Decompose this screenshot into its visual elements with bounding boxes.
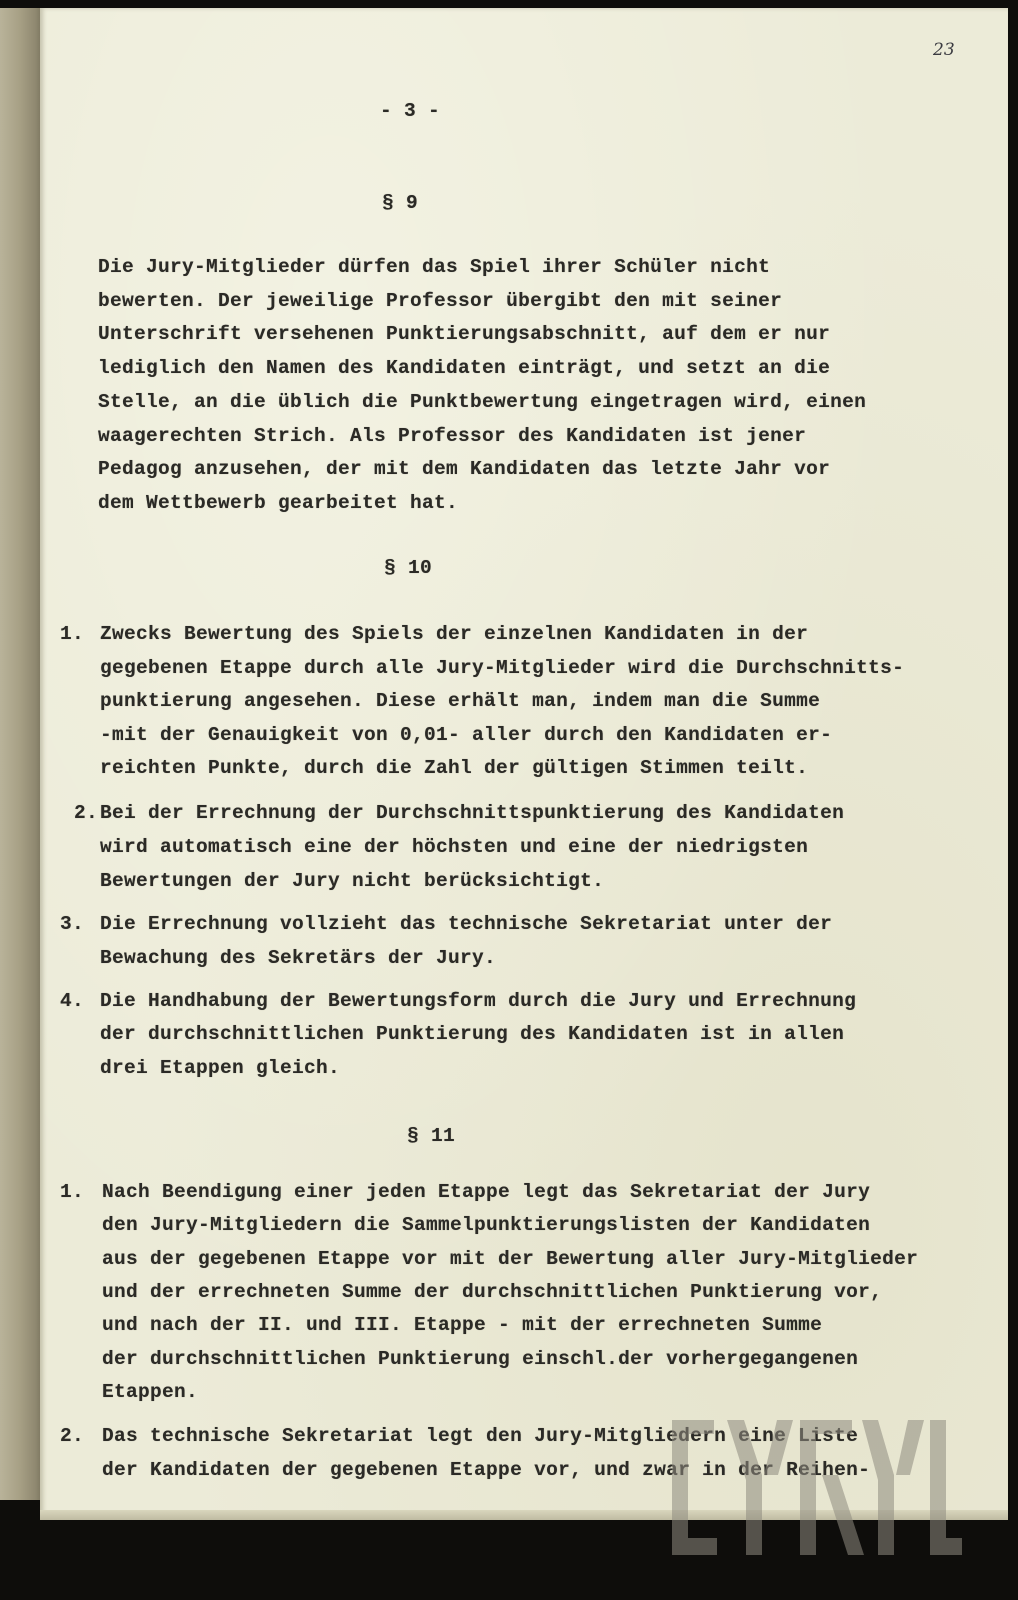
item-number: 4. [60, 990, 84, 1012]
text-line: und nach der II. und III. Etappe - mit d… [102, 1314, 822, 1336]
text-line: Die Handhabung der Bewertungsform durch … [100, 990, 856, 1012]
text-line: Etappen. [102, 1381, 198, 1403]
item-number: 1. [60, 623, 84, 645]
text-line: punktierung angesehen. Diese erhält man,… [100, 690, 820, 712]
text-line: Nach Beendigung einer jeden Etappe legt … [102, 1181, 870, 1203]
text-line: Unterschrift versehenen Punktierungsabsc… [98, 323, 830, 345]
text-line: Pedagog anzusehen, der mit dem Kandidate… [98, 458, 830, 480]
cyryl-watermark-logo [672, 1420, 962, 1555]
text-line: Stelle, an die üblich die Punktbewertung… [98, 391, 866, 413]
text-line: Bewertungen der Jury nicht berücksichtig… [100, 870, 604, 892]
text-line: -mit der Genauigkeit von 0,01- aller dur… [100, 724, 832, 746]
text-line: drei Etappen gleich. [100, 1057, 340, 1079]
page-marker: - 3 - [380, 100, 440, 122]
text-line: dem Wettbewerb gearbeitet hat. [98, 492, 458, 514]
section-heading-9: § 9 [382, 192, 418, 214]
item-number: 3. [60, 913, 84, 935]
text-line: Zwecks Bewertung des Spiels der einzelne… [100, 623, 808, 645]
text-line: bewerten. Der jeweilige Professor übergi… [98, 290, 782, 312]
text-line: lediglich den Namen des Kandidaten eintr… [98, 357, 830, 379]
item-number: 1. [60, 1181, 84, 1203]
text-line: waagerechten Strich. Als Professor des K… [98, 425, 806, 447]
section-heading-11: § 11 [407, 1125, 455, 1147]
text-line: Bei der Errechnung der Durchschnittspunk… [100, 802, 844, 824]
item-number: 2. [60, 1425, 84, 1447]
text-line: aus der gegebenen Etappe vor mit der Bew… [102, 1248, 918, 1270]
text-line: Bewachung des Sekretärs der Jury. [100, 947, 496, 969]
binding-spine [0, 8, 42, 1500]
text-line: wird automatisch eine der höchsten und e… [100, 836, 808, 858]
text-line: reichten Punkte, durch die Zahl der gült… [100, 757, 808, 779]
text-line: den Jury-Mitgliedern die Sammelpunktieru… [102, 1214, 870, 1236]
text-line: der durchschnittlichen Punktierung des K… [100, 1023, 844, 1045]
text-line: Die Jury-Mitglieder dürfen das Spiel ihr… [98, 256, 770, 278]
item-number: 2. [74, 802, 98, 824]
text-line: Die Errechnung vollzieht das technische … [100, 913, 832, 935]
text-line: der durchschnittlichen Punktierung einsc… [102, 1348, 858, 1370]
text-line: gegebenen Etappe durch alle Jury-Mitglie… [100, 657, 904, 679]
archive-number: 23 [933, 40, 955, 60]
section-heading-10: § 10 [384, 557, 432, 579]
text-line: und der errechneten Summe der durchschni… [102, 1281, 882, 1303]
